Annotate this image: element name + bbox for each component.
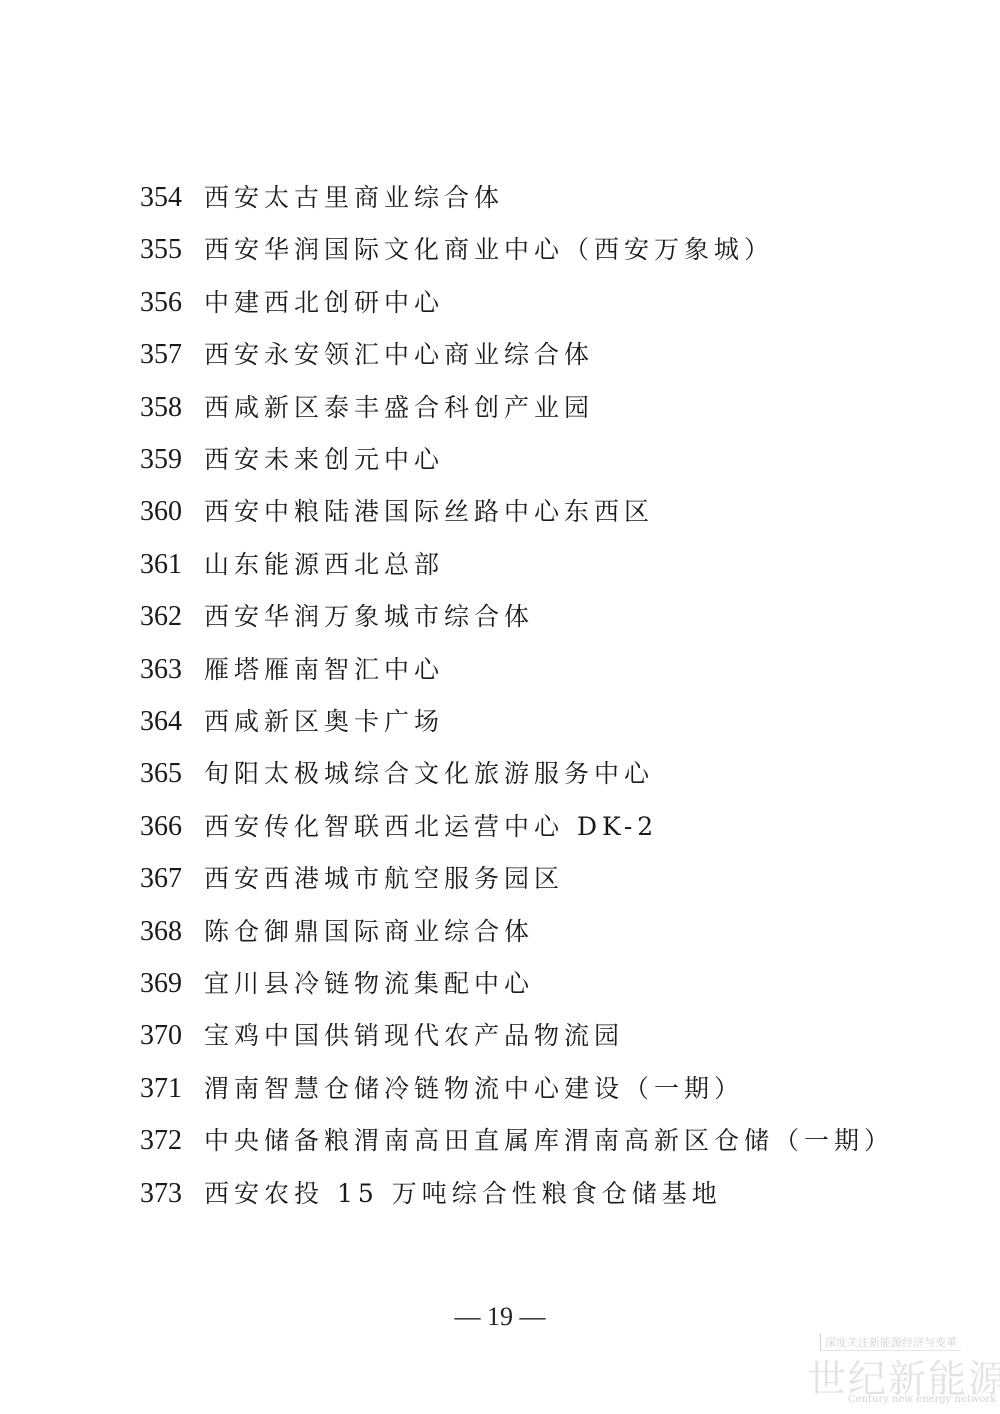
item-name: 渭南智慧仓储冷链物流中心建设（一期） <box>204 1069 744 1109</box>
list-item: 366西安传化智联西北运营中心 DK-2 <box>140 807 658 847</box>
item-number: 361 <box>140 545 204 585</box>
item-number: 367 <box>140 859 204 899</box>
item-name: 中建西北创研中心 <box>204 283 444 323</box>
list-item: 371渭南智慧仓储冷链物流中心建设（一期） <box>140 1069 744 1109</box>
item-number: 372 <box>140 1121 204 1161</box>
item-number: 365 <box>140 754 204 794</box>
page-number: — 19 — <box>0 1302 1000 1332</box>
item-number: 355 <box>140 230 204 270</box>
item-number: 363 <box>140 650 204 690</box>
item-number: 362 <box>140 597 204 637</box>
list-item: 368陈仓御鼎国际商业综合体 <box>140 912 534 952</box>
item-name: 宝鸡中国供销现代农产品物流园 <box>204 1016 624 1056</box>
item-name: 山东能源西北总部 <box>204 545 444 585</box>
item-name: 西安未来创元中心 <box>204 440 444 480</box>
item-number: 369 <box>140 964 204 1004</box>
item-name: 西安传化智联西北运营中心 DK-2 <box>204 807 658 847</box>
item-name: 西咸新区奥卡广场 <box>204 702 444 742</box>
item-name: 西安农投 15 万吨综合性粮食仓储基地 <box>204 1174 722 1214</box>
item-number: 366 <box>140 807 204 847</box>
watermark-subtitle: Century new energy network <box>848 1394 996 1405</box>
item-name: 西安中粮陆港国际丝路中心东西区 <box>204 492 654 532</box>
item-name: 西安西港城市航空服务园区 <box>204 859 564 899</box>
list-item: 357西安永安领汇中心商业综合体 <box>140 335 594 375</box>
item-number: 357 <box>140 335 204 375</box>
item-name: 雁塔雁南智汇中心 <box>204 650 444 690</box>
list-item: 360西安中粮陆港国际丝路中心东西区 <box>140 492 654 532</box>
item-number: 358 <box>140 388 204 428</box>
item-name: 旬阳太极城综合文化旅游服务中心 <box>204 754 654 794</box>
list-item: 365旬阳太极城综合文化旅游服务中心 <box>140 754 654 794</box>
list-item: 361山东能源西北总部 <box>140 545 444 585</box>
item-number: 370 <box>140 1016 204 1056</box>
item-name: 西安华润万象城市综合体 <box>204 597 534 637</box>
item-name: 西安华润国际文化商业中心（西安万象城） <box>204 230 774 270</box>
item-name: 西安太古里商业综合体 <box>204 178 504 218</box>
list-item: 367西安西港城市航空服务园区 <box>140 859 564 899</box>
list-item: 373西安农投 15 万吨综合性粮食仓储基地 <box>140 1174 722 1214</box>
list-item: 358西咸新区泰丰盛合科创产业园 <box>140 388 594 428</box>
item-name: 陈仓御鼎国际商业综合体 <box>204 912 534 952</box>
list-item: 364西咸新区奥卡广场 <box>140 702 444 742</box>
item-number: 356 <box>140 283 204 323</box>
item-number: 368 <box>140 912 204 952</box>
list-item: 370宝鸡中国供销现代农产品物流园 <box>140 1016 624 1056</box>
item-name: 西安永安领汇中心商业综合体 <box>204 335 594 375</box>
list-item: 356中建西北创研中心 <box>140 283 444 323</box>
item-number: 354 <box>140 178 204 218</box>
list-item: 369宜川县冷链物流集配中心 <box>140 964 534 1004</box>
list-item: 372中央储备粮渭南高田直属库渭南高新区仓储（一期） <box>140 1121 894 1161</box>
item-name: 宜川县冷链物流集配中心 <box>204 964 534 1004</box>
item-number: 360 <box>140 492 204 532</box>
list-item: 359西安未来创元中心 <box>140 440 444 480</box>
list-item: 354西安太古里商业综合体 <box>140 178 504 218</box>
watermark: 深度关注新能源经济与变革 世纪新能源网 Century new energy n… <box>808 1334 998 1412</box>
item-number: 359 <box>140 440 204 480</box>
item-name: 西咸新区泰丰盛合科创产业园 <box>204 388 594 428</box>
list-item: 355西安华润国际文化商业中心（西安万象城） <box>140 230 774 270</box>
list-item: 363雁塔雁南智汇中心 <box>140 650 444 690</box>
item-number: 364 <box>140 702 204 742</box>
list-item: 362西安华润万象城市综合体 <box>140 597 534 637</box>
item-name: 中央储备粮渭南高田直属库渭南高新区仓储（一期） <box>204 1121 894 1161</box>
item-number: 371 <box>140 1069 204 1109</box>
item-number: 373 <box>140 1174 204 1214</box>
